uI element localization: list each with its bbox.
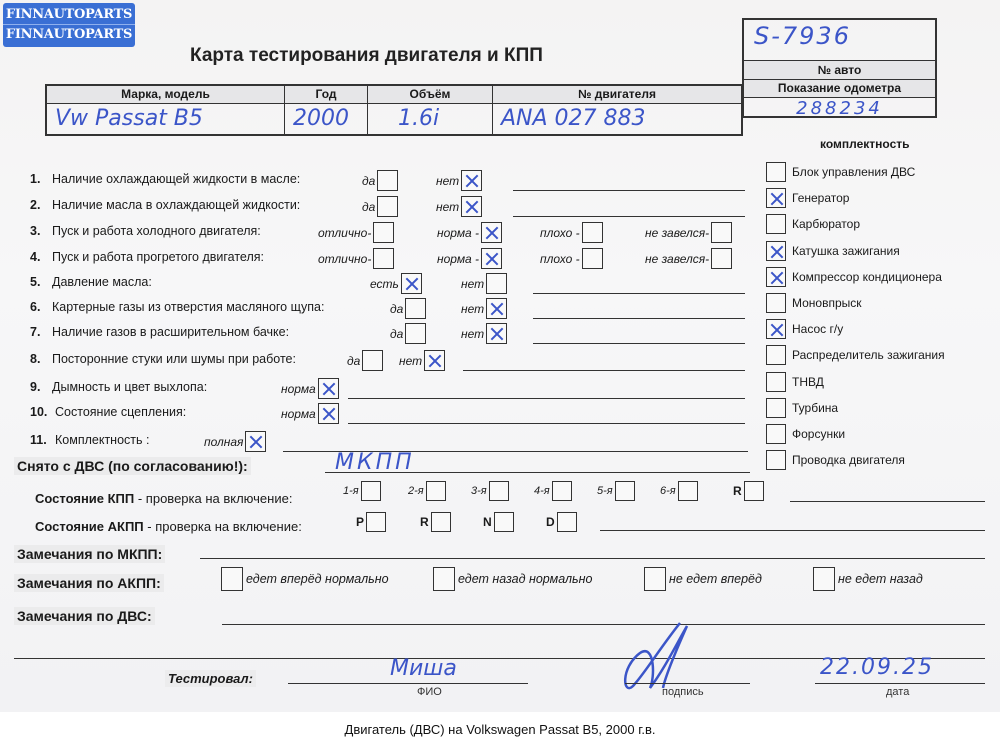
completeness-item-label: Катушка зажигания — [792, 244, 900, 258]
option: нет — [436, 196, 482, 217]
row-number: 10. — [30, 405, 47, 419]
checkbox[interactable] — [644, 567, 666, 591]
date-line — [815, 683, 985, 684]
gear-label: 2-я — [408, 485, 424, 497]
checkbox[interactable] — [486, 298, 507, 319]
completeness-item: Катушка зажигания — [766, 241, 900, 261]
gear-label: R — [733, 484, 742, 498]
value-engine-number: ANA 027 883 — [493, 104, 741, 134]
row-number: 1. — [30, 172, 40, 186]
remark-line[interactable] — [533, 293, 745, 294]
gear-label: 6-я — [660, 485, 676, 497]
completeness-item-label: ТНВД — [792, 375, 824, 389]
checkbox[interactable] — [582, 248, 603, 269]
akpp-remark-label: не едет вперёд — [669, 572, 762, 586]
row-number: 5. — [30, 275, 40, 289]
remarks-akpp-label: Замечания по АКПП: — [14, 574, 164, 592]
remark-line[interactable] — [348, 423, 745, 424]
option: да — [390, 323, 426, 344]
col-engine-number: № двигателя ANA 027 883 — [493, 86, 741, 134]
row-label: Давление масла: — [52, 275, 152, 289]
gear-label: P — [356, 515, 364, 529]
checkbox[interactable] — [615, 481, 635, 501]
value-year: 2000 — [285, 104, 367, 134]
form-title: Карта тестирования двигателя и КПП — [190, 45, 543, 67]
option: нет — [436, 170, 482, 191]
row-number: 9. — [30, 380, 40, 394]
tester-name: Миша — [390, 656, 457, 681]
option-label: нет — [461, 302, 484, 316]
option: полная — [204, 431, 266, 452]
checkbox[interactable] — [766, 293, 786, 313]
completeness-item: Генератор — [766, 188, 849, 208]
checkbox[interactable] — [766, 450, 786, 470]
akpp-remark-option: едет вперёд нормально — [221, 567, 389, 591]
akpp-remark-label: едет вперёд нормально — [246, 572, 389, 586]
checkbox[interactable] — [486, 273, 507, 294]
logo-line-1: FINNAUTOPARTS — [3, 5, 135, 25]
checkbox[interactable] — [766, 162, 786, 182]
akpp-label-bold: Состояние АКПП — [35, 519, 144, 534]
row-number: 6. — [30, 300, 40, 314]
checkbox[interactable] — [813, 567, 835, 591]
checkbox[interactable] — [377, 170, 398, 191]
checkbox[interactable] — [766, 372, 786, 392]
header-year: Год — [285, 86, 367, 104]
header-make-model: Марка, модель — [47, 86, 284, 104]
remarks-mkpp-label: Замечания по МКПП: — [14, 545, 165, 563]
option-label: нет — [461, 277, 484, 291]
checkbox[interactable] — [433, 567, 455, 591]
option: отлично- — [318, 222, 394, 243]
fio-line — [288, 683, 528, 684]
checkbox[interactable] — [431, 512, 451, 532]
option: плохо - — [540, 248, 603, 269]
option: нет — [461, 323, 507, 344]
checkbox[interactable] — [766, 345, 786, 365]
akpp-remark-option: не едет вперёд — [644, 567, 762, 591]
completeness-item: ТНВД — [766, 372, 824, 392]
option: норма — [281, 378, 339, 399]
completeness-item: Компрессор кондиционера — [766, 267, 942, 287]
row-label: Состояние сцепления: — [55, 405, 186, 419]
option-label: не завелся- — [645, 252, 709, 266]
option-label: норма - — [437, 252, 479, 266]
option: да — [362, 196, 398, 217]
completeness-item: Распределитель зажигания — [766, 345, 945, 365]
col-make-model: Марка, модель Vw Passat B5 — [47, 86, 285, 134]
completeness-item-label: Моновпрыск — [792, 296, 862, 310]
checkbox[interactable] — [766, 267, 786, 287]
checkbox[interactable] — [221, 567, 243, 591]
option-label: да — [390, 302, 403, 316]
option-label: нет — [436, 200, 459, 214]
checkbox[interactable] — [494, 512, 514, 532]
removed-underline — [325, 472, 750, 473]
akpp-gear: N — [483, 512, 514, 532]
option-label: норма — [281, 407, 316, 421]
option-label: нет — [461, 327, 484, 341]
checkbox[interactable] — [362, 350, 383, 371]
akpp-remark-label: не едет назад — [838, 572, 923, 586]
row-label: Посторонние стуки или шумы при работе: — [52, 352, 296, 366]
checkbox[interactable] — [426, 481, 446, 501]
col-volume: Объём 1.6i — [368, 86, 493, 134]
row-number: 11. — [30, 433, 47, 447]
checkbox[interactable] — [557, 512, 577, 532]
row-label: Наличие охлаждающей жидкости в масле: — [52, 172, 300, 186]
row-label: Наличие масла в охлаждающей жидкости: — [52, 198, 300, 212]
option: норма - — [437, 248, 502, 269]
akpp-remark-option: не едет назад — [813, 567, 923, 591]
finnautoparts-logo: FINNAUTOPARTS FINNAUTOPARTS — [3, 3, 135, 47]
option: нет — [399, 350, 445, 371]
checkbox[interactable] — [766, 241, 786, 261]
remarks-dvs-line[interactable] — [222, 624, 985, 625]
checkbox[interactable] — [766, 214, 786, 234]
akpp-underline — [600, 530, 985, 531]
option: да — [347, 350, 383, 371]
row-number: 8. — [30, 352, 40, 366]
odometer-label: Показание одометра — [744, 80, 935, 98]
option-label: плохо - — [540, 252, 580, 266]
remark-line[interactable] — [463, 370, 745, 371]
option-label: да — [390, 327, 403, 341]
checkbox[interactable] — [711, 222, 732, 243]
checkbox[interactable] — [481, 248, 502, 269]
removed-label: Снято с ДВС (по согласованию!): — [14, 457, 251, 475]
gear-label: 5-я — [597, 485, 613, 497]
option: есть — [370, 273, 422, 294]
checkbox[interactable] — [373, 248, 394, 269]
kpp-gear: R — [733, 481, 764, 501]
checkbox[interactable] — [489, 481, 509, 501]
signature-scribble — [615, 618, 705, 693]
logo-line-2: FINNAUTOPARTS — [3, 25, 135, 45]
checkbox[interactable] — [766, 424, 786, 444]
kpp-gear: 5-я — [597, 481, 635, 501]
row-label: Картерные газы из отверстия масляного щу… — [52, 300, 324, 314]
akpp-remark-label: едет назад нормально — [458, 572, 592, 586]
car-info-table: Марка, модель Vw Passat B5 Год 2000 Объё… — [45, 84, 743, 136]
option-label: отлично- — [318, 226, 371, 240]
header-engine-number: № двигателя — [493, 86, 741, 104]
row-label: Пуск и работа прогретого двигателя: — [52, 250, 264, 264]
checkbox[interactable] — [766, 188, 786, 208]
checkbox[interactable] — [424, 350, 445, 371]
gear-label: 4-я — [534, 485, 550, 497]
remark-line[interactable] — [533, 318, 745, 319]
option-label: норма — [281, 382, 316, 396]
row-label: Дымность и цвет выхлопа: — [52, 380, 207, 394]
row-number: 2. — [30, 198, 40, 212]
completeness-item: Моновпрыск — [766, 293, 862, 313]
signature-line — [625, 683, 750, 684]
completeness-item-label: Проводка двигателя — [792, 453, 905, 467]
row-number: 4. — [30, 250, 40, 264]
completeness-item: Блок управления ДВС — [766, 162, 915, 182]
image-caption: Двигатель (ДВС) на Volkswagen Passat B5,… — [0, 712, 1000, 750]
option-label: нет — [399, 354, 422, 368]
option: нет — [461, 273, 507, 294]
checkbox[interactable] — [481, 222, 502, 243]
checkbox[interactable] — [318, 403, 339, 424]
kpp-gear: 3-я — [471, 481, 509, 501]
kpp-underline — [790, 501, 985, 502]
completeness-item-label: Компрессор кондиционера — [792, 270, 942, 284]
checkbox[interactable] — [582, 222, 603, 243]
gear-label: D — [546, 515, 555, 529]
gear-label: 1-я — [343, 485, 359, 497]
remarks-dvs-label: Замечания по ДВС: — [14, 607, 155, 625]
option-label: плохо - — [540, 226, 580, 240]
auto-number-value: S-7936 — [754, 22, 851, 50]
checkbox[interactable] — [405, 298, 426, 319]
checkbox[interactable] — [766, 319, 786, 339]
engine-test-card: FINNAUTOPARTS FINNAUTOPARTS Карта тестир… — [0, 0, 1000, 712]
checkbox[interactable] — [744, 481, 764, 501]
date-label: дата — [886, 686, 909, 698]
option: нет — [461, 298, 507, 319]
auto-number-box: S-7936 № авто Показание одометра 288234 — [742, 18, 937, 118]
completeness-item-label: Форсунки — [792, 427, 845, 441]
option-label: да — [347, 354, 360, 368]
checkbox[interactable] — [461, 170, 482, 191]
checkbox[interactable] — [552, 481, 572, 501]
checkbox[interactable] — [373, 222, 394, 243]
remark-line[interactable] — [533, 343, 745, 344]
row-label: Наличие газов в расширительном бачке: — [52, 325, 289, 339]
akpp-label: Состояние АКПП - проверка на включение: — [35, 519, 302, 534]
akpp-remark-option: едет назад нормально — [433, 567, 592, 591]
option: да — [362, 170, 398, 191]
row-number: 3. — [30, 224, 40, 238]
option: плохо - — [540, 222, 603, 243]
kpp-gear: 1-я — [343, 481, 381, 501]
row-label: Пуск и работа холодного двигателя: — [52, 224, 261, 238]
option-label: нет — [436, 174, 459, 188]
akpp-gear: D — [546, 512, 577, 532]
completeness-item: Турбина — [766, 398, 838, 418]
kpp-label-bold: Состояние КПП — [35, 491, 134, 506]
checkbox[interactable] — [461, 196, 482, 217]
completeness-item-label: Карбюратор — [792, 217, 860, 231]
option-label: норма - — [437, 226, 479, 240]
kpp-gear: 6-я — [660, 481, 698, 501]
option: да — [390, 298, 426, 319]
completeness-item-label: Генератор — [792, 191, 849, 205]
option-label: не завелся- — [645, 226, 709, 240]
kpp-gear: 2-я — [408, 481, 446, 501]
row-label: Комплектность : — [55, 433, 149, 447]
option-label: полная — [204, 435, 243, 449]
option: не завелся- — [645, 222, 732, 243]
row-number: 7. — [30, 325, 40, 339]
checkbox[interactable] — [318, 378, 339, 399]
checkbox[interactable] — [678, 481, 698, 501]
gear-label: 3-я — [471, 485, 487, 497]
completeness-item-label: Блок управления ДВС — [792, 165, 915, 179]
akpp-gear: R — [420, 512, 451, 532]
option-label: есть — [370, 277, 399, 291]
completeness-header: комплектность — [820, 137, 910, 151]
akpp-label-rest: - проверка на включение: — [144, 519, 302, 534]
gear-label: R — [420, 515, 429, 529]
checkbox[interactable] — [401, 273, 422, 294]
checkbox[interactable] — [405, 323, 426, 344]
completeness-item-label: Турбина — [792, 401, 838, 415]
signature-label: подпись — [662, 686, 704, 698]
option: норма — [281, 403, 339, 424]
option-label: да — [362, 174, 375, 188]
checkbox[interactable] — [377, 196, 398, 217]
option: отлично- — [318, 248, 394, 269]
akpp-gear: P — [356, 512, 386, 532]
fio-label: ФИО — [417, 686, 442, 698]
kpp-label-rest: - проверка на включение: — [134, 491, 292, 506]
remarks-mkpp-line[interactable] — [200, 558, 985, 559]
tested-label: Тестировал: — [165, 670, 256, 687]
gear-label: N — [483, 515, 492, 529]
completeness-item-label: Распределитель зажигания — [792, 348, 945, 362]
odometer-value: 288234 — [744, 98, 935, 119]
col-year: Год 2000 — [285, 86, 368, 134]
checkbox[interactable] — [366, 512, 386, 532]
completeness-item: Карбюратор — [766, 214, 860, 234]
checkbox[interactable] — [766, 398, 786, 418]
remark-line[interactable] — [513, 190, 745, 191]
value-volume: 1.6i — [368, 104, 492, 134]
header-volume: Объём — [368, 86, 492, 104]
checkbox[interactable] — [245, 431, 266, 452]
option-label: отлично- — [318, 252, 371, 266]
completeness-item-label: Насос г/у — [792, 322, 843, 336]
option-label: да — [362, 200, 375, 214]
remark-line[interactable] — [348, 398, 745, 399]
value-make-model: Vw Passat B5 — [47, 104, 284, 134]
kpp-label: Состояние КПП - проверка на включение: — [35, 491, 292, 506]
option: норма - — [437, 222, 502, 243]
completeness-item: Проводка двигателя — [766, 450, 905, 470]
checkbox[interactable] — [486, 323, 507, 344]
checkbox[interactable] — [361, 481, 381, 501]
remark-line[interactable] — [513, 216, 745, 217]
checkbox[interactable] — [711, 248, 732, 269]
kpp-gear: 4-я — [534, 481, 572, 501]
option: не завелся- — [645, 248, 732, 269]
auto-number-label: № авто — [744, 60, 935, 80]
completeness-item: Форсунки — [766, 424, 845, 444]
completeness-item: Насос г/у — [766, 319, 843, 339]
date-value: 22.09.25 — [820, 655, 934, 680]
